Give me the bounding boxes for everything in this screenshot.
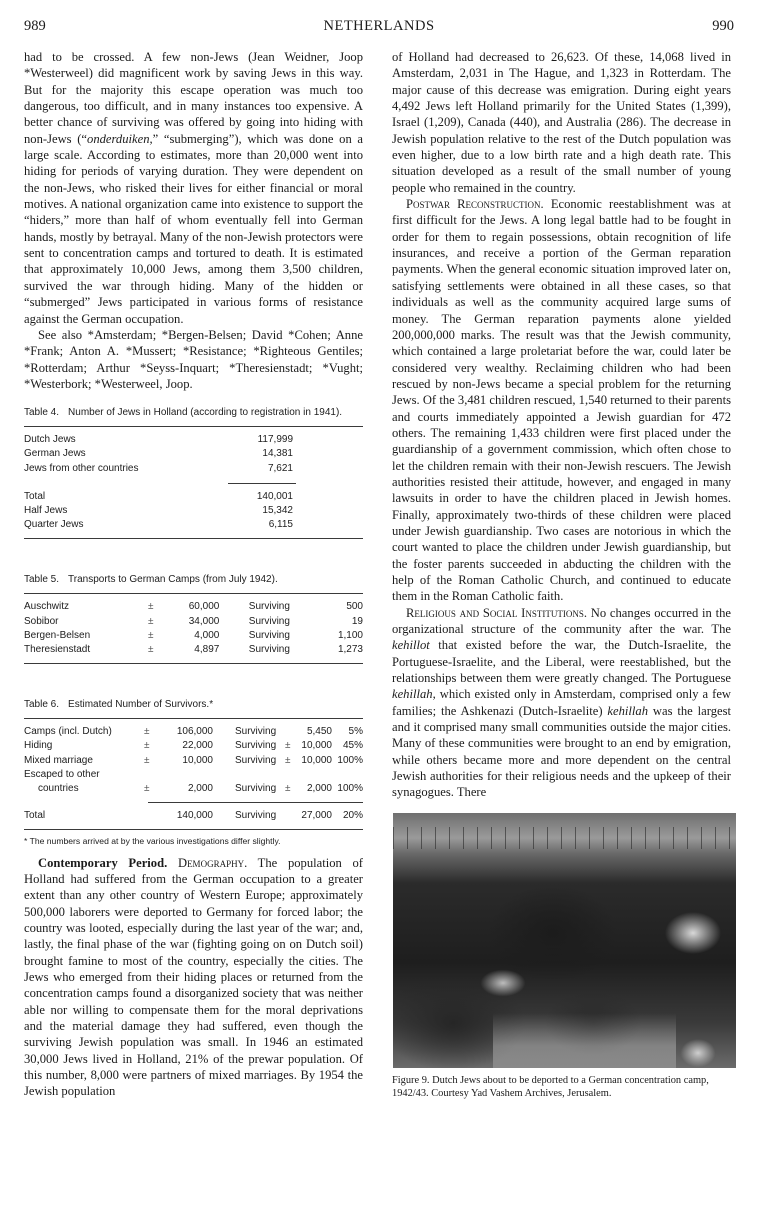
section-heading-contemporary: Contemporary Period.	[38, 856, 167, 870]
table-row: Mixed marriage±10,000Surviving±10,000100…	[24, 754, 363, 768]
table-row: Auschwitz±60,000Surviving500	[24, 600, 363, 614]
table-rule	[24, 718, 363, 719]
table-rule	[24, 663, 363, 664]
paragraph-religious-institutions: Religious and Social Institutions. No ch…	[392, 605, 731, 801]
table-row: Dutch Jews117,999	[24, 433, 363, 447]
table-rule	[24, 426, 363, 427]
table-rule	[24, 593, 363, 594]
table-row: Quarter Jews6,115	[24, 518, 363, 532]
table-6-caption: Table 6.Estimated Number of Survivors.*	[24, 698, 363, 712]
running-head: 989 NETHERLANDS 990	[24, 18, 734, 38]
table-6: Table 6.Estimated Number of Survivors.* …	[24, 698, 363, 848]
table-row: Escaped to other	[24, 768, 363, 782]
running-title: NETHERLANDS	[24, 18, 734, 35]
subsection-heading-postwar: Postwar Reconstruction.	[406, 197, 544, 211]
table-row: Total140,000Surviving27,00020%	[24, 809, 363, 823]
table-row: Jews from other countries7,621	[24, 462, 363, 476]
table-row: Camps (incl. Dutch)±106,000Surviving5,45…	[24, 725, 363, 739]
subsection-heading-religious: Religious and Social Institutions.	[406, 606, 587, 620]
table-rule	[24, 829, 363, 830]
table-row: German Jews14,381	[24, 447, 363, 461]
table-rule	[24, 538, 363, 539]
paragraph-postwar-reconstruction: Postwar Reconstruction. Economic reestab…	[392, 196, 731, 605]
table-row: Theresienstadt±4,897Surviving1,273	[24, 643, 363, 657]
table-row: Half Jews15,342	[24, 504, 363, 518]
subtotal-rule	[228, 483, 296, 484]
table-4-totals: Total140,001 Half Jews15,342 Quarter Jew…	[24, 490, 363, 533]
table-5-caption: Table 5.Transports to German Camps (from…	[24, 573, 363, 587]
table-4-body: Dutch Jews117,999 German Jews14,381 Jews…	[24, 433, 363, 476]
subtotal-rule	[148, 802, 363, 803]
paragraph-demography: Contemporary Period. Demography. The pop…	[24, 855, 363, 1100]
paragraph-population: of Holland had decreased to 26,623. Of t…	[392, 49, 731, 196]
subsection-heading-demography: Demography.	[178, 856, 247, 870]
figure-9-caption: Figure 9. Dutch Jews about to be deporte…	[392, 1074, 731, 1101]
paragraph-hiding: had to be crossed. A few non-Jews (Jean …	[24, 49, 363, 327]
table-row: Total140,001	[24, 490, 363, 504]
photo-background-fence	[393, 827, 736, 849]
table-row: Bergen-Belsen±4,000Surviving1,100	[24, 629, 363, 643]
left-column: had to be crossed. A few non-Jews (Jean …	[24, 49, 363, 1100]
see-also-paragraph: See also *Amsterdam; *Bergen-Belsen; Dav…	[24, 327, 363, 392]
figure-9-photograph	[393, 813, 736, 1068]
table-row: Hiding±22,000Surviving±10,00045%	[24, 739, 363, 753]
table-6-body: Camps (incl. Dutch)±106,000Surviving5,45…	[24, 725, 363, 796]
table-5-body: Auschwitz±60,000Surviving500 Sobibor±34,…	[24, 600, 363, 657]
table-row: Sobibor±34,000Surviving19	[24, 615, 363, 629]
table-6-total: Total140,000Surviving27,00020%	[24, 809, 363, 823]
table-row: countries±2,000Surviving±2,000100%	[24, 782, 363, 796]
table-4-caption: Table 4.Number of Jews in Holland (accor…	[24, 406, 363, 420]
table-5: Table 5.Transports to German Camps (from…	[24, 573, 363, 664]
photo-ground	[493, 1013, 676, 1068]
table-6-footnote: * The numbers arrived at by the various …	[24, 834, 363, 848]
page-number-right: 990	[712, 18, 734, 35]
table-4: Table 4.Number of Jews in Holland (accor…	[24, 406, 363, 539]
right-column: of Holland had decreased to 26,623. Of t…	[392, 49, 731, 1101]
